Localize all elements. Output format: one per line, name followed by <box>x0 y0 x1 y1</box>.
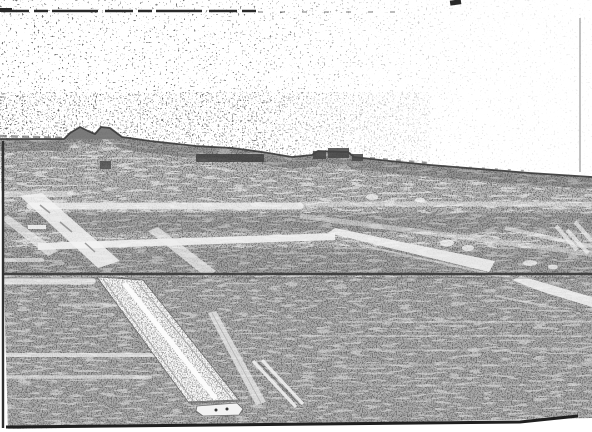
photo-canvas <box>0 0 592 432</box>
airfield-ground <box>0 126 592 432</box>
scanned-photo: Grainy black-and-white photocopied photo… <box>0 0 592 432</box>
scanned-page: Grainy black-and-white photocopied photo… <box>0 0 592 432</box>
